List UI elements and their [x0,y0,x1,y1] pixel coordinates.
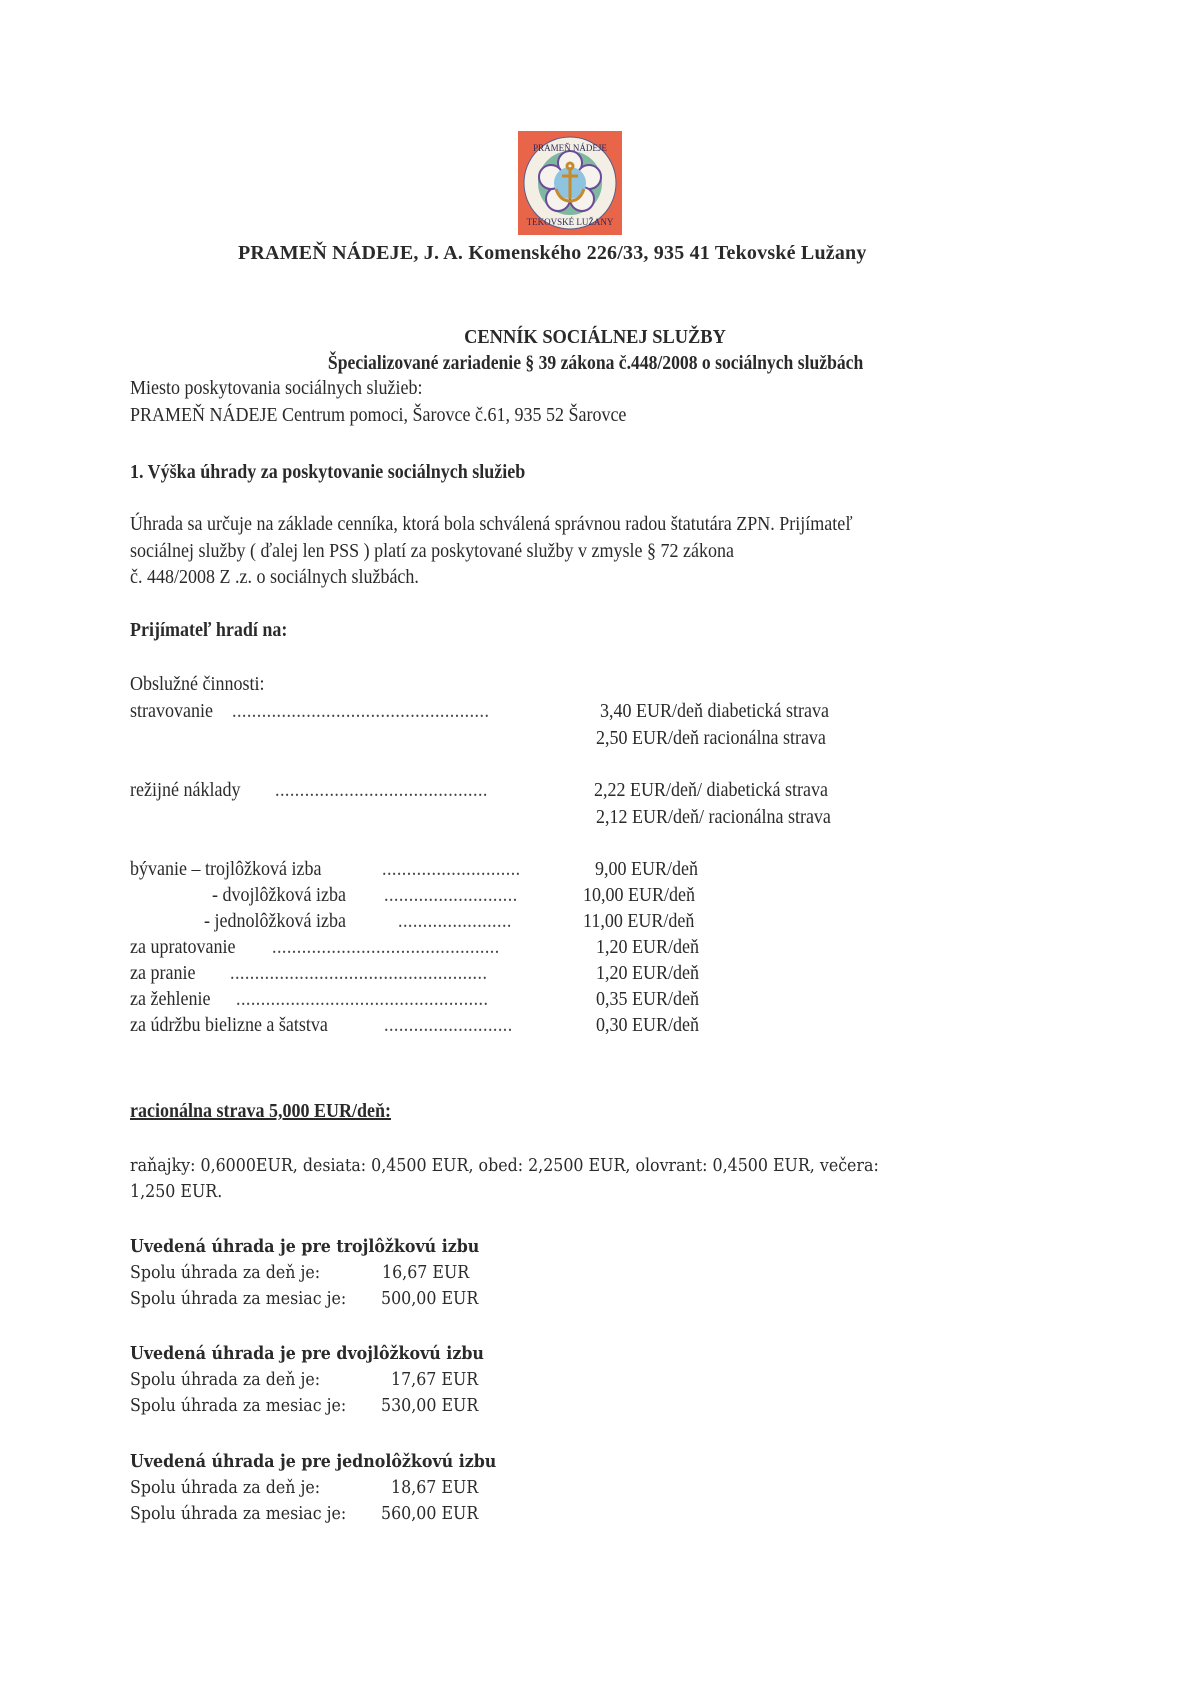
day-total-label: Spolu úhrada za deň je: [130,1262,320,1283]
price-label: za pranie [130,962,195,985]
price-value: 1,20 EUR/deň [596,962,699,985]
price-value: 2,12 EUR/deň/ racionálna strava [596,806,831,829]
price-value: 10,00 EUR/deň [583,884,695,907]
leader-dots: ........................................… [232,700,489,723]
day-total-label: Spolu úhrada za deň je: [130,1369,320,1390]
month-total-label: Spolu úhrada za mesiac je: [130,1395,346,1416]
organization-logo: PRAMEŇ NÁDEJE TEKOVSKÉ LUŽANY [518,131,622,235]
price-value: 0,30 EUR/deň [596,1014,699,1037]
paragraph-line: sociálnej služby ( ďalej len PSS ) platí… [130,540,734,563]
document-subtitle: Špecializované zariadenie § 39 zákona č.… [72,352,1119,375]
leader-dots: ........................................… [236,988,488,1011]
price-label: režijné náklady [130,779,240,802]
leader-dots: ........................... [384,884,518,907]
room-summary-heading: Uvedená úhrada je pre jednolôžkovú izbu [130,1451,496,1472]
leader-dots: ........................................… [272,936,500,959]
meal-breakdown-line: 1,250 EUR. [130,1181,222,1202]
month-total-value: 530,00 EUR [381,1395,478,1416]
price-label: za údržbu bielizne a šatstva [130,1014,328,1037]
svg-text:PRAMEŇ NÁDEJE: PRAMEŇ NÁDEJE [533,143,607,153]
payer-heading: Prijímateľ hradí na: [130,619,287,642]
price-label: bývanie – trojlôžková izba [130,858,321,881]
organization-address: PRAMEŇ NÁDEJE, J. A. Komenského 226/33, … [238,242,867,265]
month-total-label: Spolu úhrada za mesiac je: [130,1503,346,1524]
services-label: Obslužné činnosti: [130,673,264,696]
price-label: za žehlenie [130,988,210,1011]
svg-text:TEKOVSKÉ LUŽANY: TEKOVSKÉ LUŽANY [527,217,614,227]
meal-breakdown-line: raňajky: 0,6000EUR, desiata: 0,4500 EUR,… [130,1155,879,1176]
price-value: 2,50 EUR/deň racionálna strava [596,727,826,750]
meal-heading: racionálna strava 5,000 EUR/deň: [130,1100,391,1123]
price-value: 0,35 EUR/deň [596,988,699,1011]
leader-dots: ........................................… [230,962,487,985]
month-total-value: 500,00 EUR [381,1288,478,1309]
day-total-value: 16,67 EUR [382,1262,469,1283]
month-total-value: 560,00 EUR [381,1503,478,1524]
document-title: CENNÍK SOCIÁLNEJ SLUŽBY [48,326,1143,349]
section-heading: 1. Výška úhrady za poskytovanie sociálny… [130,461,525,484]
anchor-icon: PRAMEŇ NÁDEJE TEKOVSKÉ LUŽANY [518,131,622,235]
day-total-value: 17,67 EUR [391,1369,478,1390]
day-total-value: 18,67 EUR [391,1477,478,1498]
price-label: za upratovanie [130,936,235,959]
price-value: 9,00 EUR/deň [595,858,698,881]
price-label: - jednolôžková izba [204,910,346,933]
leader-dots: .......................... [384,1014,513,1037]
room-summary-heading: Uvedená úhrada je pre dvojlôžkovú izbu [130,1343,484,1364]
day-total-label: Spolu úhrada za deň je: [130,1477,320,1498]
place-label: Miesto poskytovania sociálnych služieb: [130,377,422,400]
price-value: 3,40 EUR/deň diabetická strava [600,700,829,723]
price-label: - dvojlôžková izba [212,884,346,907]
paragraph-line: č. 448/2008 Z .z. o sociálnych službách. [130,566,419,589]
price-value: 2,22 EUR/deň/ diabetická strava [594,779,828,802]
month-total-label: Spolu úhrada za mesiac je: [130,1288,346,1309]
place-value: PRAMEŇ NÁDEJE Centrum pomoci, Šarovce č.… [130,404,626,427]
price-label: stravovanie [130,700,213,723]
leader-dots: ....................... [398,910,512,933]
room-summary-heading: Uvedená úhrada je pre trojlôžkovú izbu [130,1236,479,1257]
price-value: 11,00 EUR/deň [583,910,694,933]
leader-dots: ........................................… [275,779,488,802]
paragraph-line: Úhrada sa určuje na základe cenníka, kto… [130,513,853,536]
leader-dots: ............................ [382,858,521,881]
price-value: 1,20 EUR/deň [596,936,699,959]
